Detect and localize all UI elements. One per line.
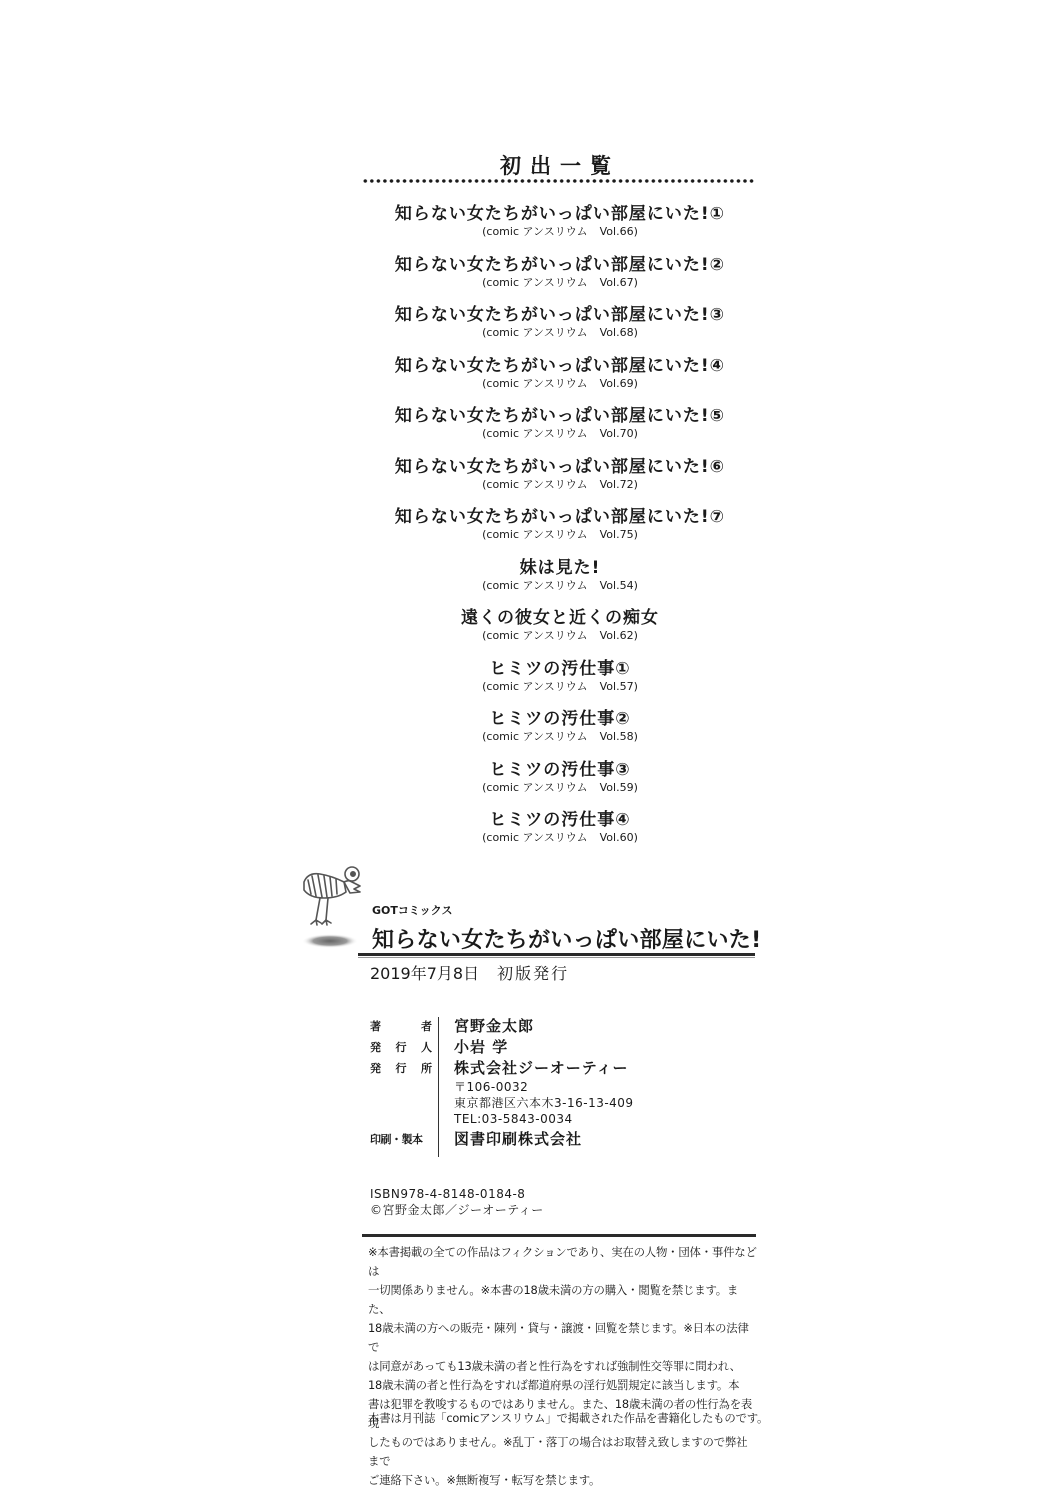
entry-magazine: (comic アンスリウム [482, 629, 588, 642]
entry-magazine: (comic アンスリウム [482, 781, 588, 794]
entry-source: (comic アンスリウムVol.75) [360, 528, 760, 542]
title-divider [358, 953, 755, 956]
printer-name: 図書印刷株式会社 [454, 1129, 582, 1150]
entry-volume: Vol.54) [600, 579, 638, 592]
entry-source: (comic アンスリウムVol.69) [360, 377, 760, 391]
entry-magazine: (comic アンスリウム [482, 225, 588, 238]
entry-volume: Vol.60) [600, 831, 638, 844]
printer-row: 印刷・製本 図書印刷株式会社 [370, 1129, 670, 1150]
list-item: 知らない女たちがいっぱい部屋にいた!① (comic アンスリウムVol.66) [360, 203, 760, 254]
isbn: ISBN978-4-8148-0184-8 [370, 1186, 525, 1202]
telephone: TEL:03-5843-0034 [454, 1111, 670, 1127]
entry-volume: Vol.57) [600, 680, 638, 693]
entry-magazine: (comic アンスリウム [482, 730, 588, 743]
series-label: GOTコミックス [372, 902, 453, 918]
entry-title: ヒミツの汚仕事④ [360, 809, 760, 831]
dotted-divider [362, 178, 756, 184]
entry-magazine: (comic アンスリウム [482, 276, 588, 289]
list-item: ヒミツの汚仕事② (comic アンスリウムVol.58) [360, 708, 760, 759]
list-item: ヒミツの汚仕事① (comic アンスリウムVol.57) [360, 658, 760, 709]
legal-notice: ※本書掲載の全ての作品はフィクションであり、実在の人物・団体・事件などは 一切関… [368, 1243, 758, 1490]
entry-volume: Vol.62) [600, 629, 638, 642]
author-row: 著者 宮野金太郎 [370, 1016, 670, 1037]
address: 東京都港区六本木3-16-13-409 [454, 1095, 670, 1111]
publisher-row: 発行所 株式会社ジーオーティー [370, 1058, 670, 1079]
entry-source: (comic アンスリウムVol.68) [360, 326, 760, 340]
publisher-person-name: 小岩 学 [454, 1037, 508, 1058]
list-item: 知らない女たちがいっぱい部屋にいた!⑤ (comic アンスリウムVol.70) [360, 405, 760, 456]
entry-volume: Vol.68) [600, 326, 638, 339]
entry-source: (comic アンスリウムVol.58) [360, 730, 760, 744]
entry-title: 知らない女たちがいっぱい部屋にいた!② [360, 254, 760, 276]
entry-volume: Vol.69) [600, 377, 638, 390]
printer-label: 印刷・製本 [370, 1131, 432, 1148]
entry-magazine: (comic アンスリウム [482, 528, 588, 541]
list-item: 知らない女たちがいっぱい部屋にいた!④ (comic アンスリウムVol.69) [360, 355, 760, 406]
entry-title: 知らない女たちがいっぱい部屋にいた!④ [360, 355, 760, 377]
source-note: 本書は月刊誌「comicアンスリウム」で掲載された作品を書籍化したものです。 [368, 1410, 768, 1426]
entry-source: (comic アンスリウムVol.67) [360, 276, 760, 290]
entry-title: 知らない女たちがいっぱい部屋にいた!⑦ [360, 506, 760, 528]
publisher-person-row: 発行人 小岩 学 [370, 1037, 670, 1058]
entry-magazine: (comic アンスリウム [482, 326, 588, 339]
entry-volume: Vol.67) [600, 276, 638, 289]
entry-volume: Vol.59) [600, 781, 638, 794]
entry-volume: Vol.66) [600, 225, 638, 238]
title-divider-shadow [358, 957, 755, 958]
notice-divider [362, 1234, 756, 1237]
entry-magazine: (comic アンスリウム [482, 831, 588, 844]
publisher-name: 株式会社ジーオーティー [454, 1058, 629, 1079]
entry-source: (comic アンスリウムVol.54) [360, 579, 760, 593]
entry-title: 知らない女たちがいっぱい部屋にいた!① [360, 203, 760, 225]
list-item: 知らない女たちがいっぱい部屋にいた!⑥ (comic アンスリウムVol.72) [360, 456, 760, 507]
entry-magazine: (comic アンスリウム [482, 579, 588, 592]
entry-source: (comic アンスリウムVol.57) [360, 680, 760, 694]
entry-title: ヒミツの汚仕事② [360, 708, 760, 730]
entry-volume: Vol.72) [600, 478, 638, 491]
entry-title: 妹は見た! [360, 557, 760, 579]
date: 2019年7月8日 [370, 964, 479, 983]
list-item: 知らない女たちがいっぱい部屋にいた!③ (comic アンスリウムVol.68) [360, 304, 760, 355]
entry-title: 知らない女たちがいっぱい部屋にいた!③ [360, 304, 760, 326]
entry-magazine: (comic アンスリウム [482, 478, 588, 491]
entry-magazine: (comic アンスリウム [482, 427, 588, 440]
book-title: 知らない女たちがいっぱい部屋にいた! [372, 923, 761, 954]
list-item: 知らない女たちがいっぱい部屋にいた!⑦ (comic アンスリウムVol.75) [360, 506, 760, 557]
first-appearance-list: 知らない女たちがいっぱい部屋にいた!① (comic アンスリウムVol.66)… [360, 203, 760, 860]
entry-volume: Vol.75) [600, 528, 638, 541]
list-item: 遠くの彼女と近くの痴女 (comic アンスリウムVol.62) [360, 607, 760, 658]
author-name: 宮野金太郎 [454, 1016, 534, 1037]
list-item: 知らない女たちがいっぱい部屋にいた!② (comic アンスリウムVol.67) [360, 254, 760, 305]
entry-title: ヒミツの汚仕事③ [360, 759, 760, 781]
page-title: 初出一覧 [360, 150, 760, 180]
entry-source: (comic アンスリウムVol.62) [360, 629, 760, 643]
entry-source: (comic アンスリウムVol.59) [360, 781, 760, 795]
publication-date: 2019年7月8日初版発行 [370, 961, 569, 984]
publisher-label: 発行所 [370, 1060, 432, 1077]
list-item: ヒミツの汚仕事③ (comic アンスリウムVol.59) [360, 759, 760, 810]
colophon: 著者 宮野金太郎 発行人 小岩 学 発行所 株式会社ジーオーティー 〒106-0… [370, 1016, 670, 1150]
entry-title: ヒミツの汚仕事① [360, 658, 760, 680]
postal-code: 〒106-0032 [454, 1079, 670, 1095]
publisher-person-label: 発行人 [370, 1039, 432, 1056]
entry-title: 知らない女たちがいっぱい部屋にいた!⑥ [360, 456, 760, 478]
bird-mascot-icon [298, 862, 370, 952]
entry-title: 知らない女たちがいっぱい部屋にいた!⑤ [360, 405, 760, 427]
entry-source: (comic アンスリウムVol.70) [360, 427, 760, 441]
copyright: ©宮野金太郎／ジーオーティー [370, 1202, 544, 1218]
entry-title: 遠くの彼女と近くの痴女 [360, 607, 760, 629]
entry-magazine: (comic アンスリウム [482, 377, 588, 390]
list-item: 妹は見た! (comic アンスリウムVol.54) [360, 557, 760, 608]
entry-volume: Vol.70) [600, 427, 638, 440]
edition: 初版発行 [497, 964, 569, 983]
author-label: 著者 [370, 1018, 432, 1035]
entry-magazine: (comic アンスリウム [482, 680, 588, 693]
entry-source: (comic アンスリウムVol.60) [360, 831, 760, 845]
entry-source: (comic アンスリウムVol.72) [360, 478, 760, 492]
entry-source: (comic アンスリウムVol.66) [360, 225, 760, 239]
list-item: ヒミツの汚仕事④ (comic アンスリウムVol.60) [360, 809, 760, 860]
entry-volume: Vol.58) [600, 730, 638, 743]
